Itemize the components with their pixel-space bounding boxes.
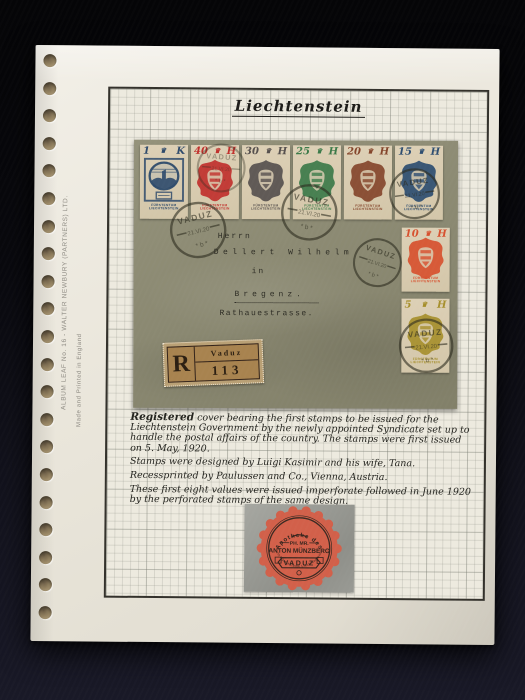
binding-hole [42, 247, 55, 260]
seal-pharmacist-title: PH. MR. [290, 541, 310, 547]
registration-label-inner: R Vaduz 113 [167, 343, 260, 383]
castle-vignette-icon [143, 158, 185, 202]
postmark-vaduz: VADUZ 21.VI.20 * b * [193, 140, 249, 201]
note-paragraph-1: Registered cover bearing the first stamp… [130, 412, 475, 457]
stamp-value: 20 [347, 147, 361, 157]
registration-label: R Vaduz 113 [163, 339, 265, 387]
svg-text:VADUZ: VADUZ [396, 176, 429, 189]
binding-hole [40, 413, 53, 426]
postmark-vaduz: VADUZ 21.VI.20 * b * [395, 314, 458, 382]
stamp-caption: FÜRSTENTUMLIECHTENSTEIN [408, 277, 443, 284]
address-line-in: in [252, 267, 266, 276]
stamp-currency: H [329, 147, 338, 157]
crown-icon: ♛ [265, 147, 271, 154]
stamp-value: 5 [404, 301, 411, 311]
stamp-denomination: 20 ♛ H [346, 147, 390, 157]
postmark-vaduz: VADUZ 21.VI.20 * b * [384, 163, 446, 229]
svg-text:* b *: * b * [215, 178, 227, 185]
crown-icon: ♛ [367, 148, 373, 155]
stamp-currency: K [176, 147, 185, 157]
apothecary-seal: Apotheke des PH. MR. ANTON MÜNZBERG VADU… [244, 504, 355, 593]
coat-of-arms-icon [347, 158, 389, 202]
stamp-currency: H [431, 148, 440, 158]
apothecary-seal-backing: Apotheke des PH. MR. ANTON MÜNZBERG VADU… [244, 504, 355, 593]
binding-hole [41, 385, 54, 398]
svg-text:21.VI.20: 21.VI.20 [187, 226, 211, 237]
stamp-value: 1 [143, 147, 150, 157]
svg-text:VADUZ: VADUZ [293, 191, 330, 207]
binding-hole [40, 440, 53, 453]
binding-hole [39, 551, 52, 564]
binding-hole [39, 578, 52, 591]
svg-text:VADUZ: VADUZ [407, 328, 443, 340]
note-paragraph-2: Stamps were designed by Luigi Kasimir an… [130, 457, 475, 470]
svg-text:VADUZ: VADUZ [206, 151, 238, 162]
binding-hole [41, 302, 54, 315]
binding-hole [43, 82, 56, 95]
address-line-name: Dellert Wilhelm [214, 248, 354, 257]
crown-icon: ♛ [316, 147, 322, 154]
binding-hole [41, 330, 54, 343]
svg-text:21.VI.20: 21.VI.20 [211, 166, 231, 173]
stamp-currency: H [278, 147, 287, 157]
registration-letter: R [168, 347, 196, 382]
page-title: Liechtenstein [110, 96, 487, 117]
album-page: ALBUM LEAF No. 16 - WALTER NEWBURY (PART… [30, 45, 499, 645]
address-line-street: Rathauestrasse. [219, 309, 314, 318]
address-line-salutation: Herrn [218, 232, 252, 241]
binding-hole [41, 358, 54, 371]
binding-hole [42, 220, 55, 233]
stamp-denomination: 30 ♛ H [244, 147, 288, 157]
postmark-vaduz: VADUZ 21.VI.20 * b * [274, 178, 345, 253]
svg-text:21.VI.20: 21.VI.20 [367, 258, 387, 270]
svg-text:* b *: * b * [411, 204, 423, 212]
stamp-denomination: 1 ♛ K [142, 147, 186, 157]
address-line-city: Bregenz. [235, 290, 319, 303]
svg-text:21.VI.20: 21.VI.20 [415, 344, 437, 352]
graph-grid-frame: Liechtenstein 1 ♛ K FÜRSTENTUMLIECHTENST… [104, 87, 489, 601]
binding-hole [43, 137, 56, 150]
stamp-caption: FÜRSTENTUMLIECHTENSTEIN [350, 204, 385, 211]
binding-hole [39, 606, 52, 619]
svg-text:* b *: * b * [195, 240, 209, 250]
binding-hole [43, 54, 56, 67]
svg-text:* b *: * b * [300, 223, 314, 232]
binding-hole [40, 496, 53, 509]
stamp-denomination: 25 ♛ H [295, 147, 339, 157]
printed-in-england-imprint: Made and Printed in England [76, 333, 83, 427]
album-leaf-imprint: ALBUM LEAF No. 16 - WALTER NEWBURY (PART… [60, 195, 69, 410]
stamp-currency: H [380, 148, 389, 158]
crown-icon: ♛ [421, 301, 427, 308]
binding-hole [42, 164, 55, 177]
svg-text:21.VI.20: 21.VI.20 [404, 191, 425, 200]
binding-hole [41, 275, 54, 288]
svg-text:21.VI.20: 21.VI.20 [297, 209, 321, 219]
registered-cover: 1 ♛ K FÜRSTENTUMLIECHTENSTEIN 40 ♛ H FÜR… [133, 140, 458, 409]
stamp-10-h: 10 ♛ H FÜRSTENTUMLIECHTENSTEIN [402, 228, 450, 292]
postmark-vaduz: VADUZ 21.VI.20 * b * [343, 230, 410, 300]
stamp-denomination: 5 ♛ H [403, 301, 447, 311]
binding-hole [42, 192, 55, 205]
svg-text:* b *: * b * [367, 271, 380, 280]
svg-text:VADUZ: VADUZ [176, 208, 213, 226]
binding-hole [39, 523, 52, 536]
binding-hole [40, 468, 53, 481]
crown-icon: ♛ [160, 147, 166, 154]
coat-of-arms-icon [405, 236, 447, 280]
stamp-currency: H [437, 301, 446, 311]
binding-holes [36, 45, 500, 49]
photo-background: ALBUM LEAF No. 16 - WALTER NEWBURY (PART… [0, 0, 525, 700]
handwritten-notes: Registered cover bearing the first stamp… [130, 412, 476, 512]
svg-text:* b *: * b * [421, 357, 434, 365]
crown-icon: ♛ [418, 148, 424, 155]
stamp-value: 25 [296, 147, 310, 157]
registration-number: 113 [195, 360, 259, 380]
stamp-value: 15 [398, 148, 412, 158]
binding-hole [43, 109, 56, 122]
stamp-denomination: 15 ♛ H [397, 148, 441, 158]
note-paragraph-3: Recessprinted by Paulussen and Co., Vien… [130, 471, 475, 484]
